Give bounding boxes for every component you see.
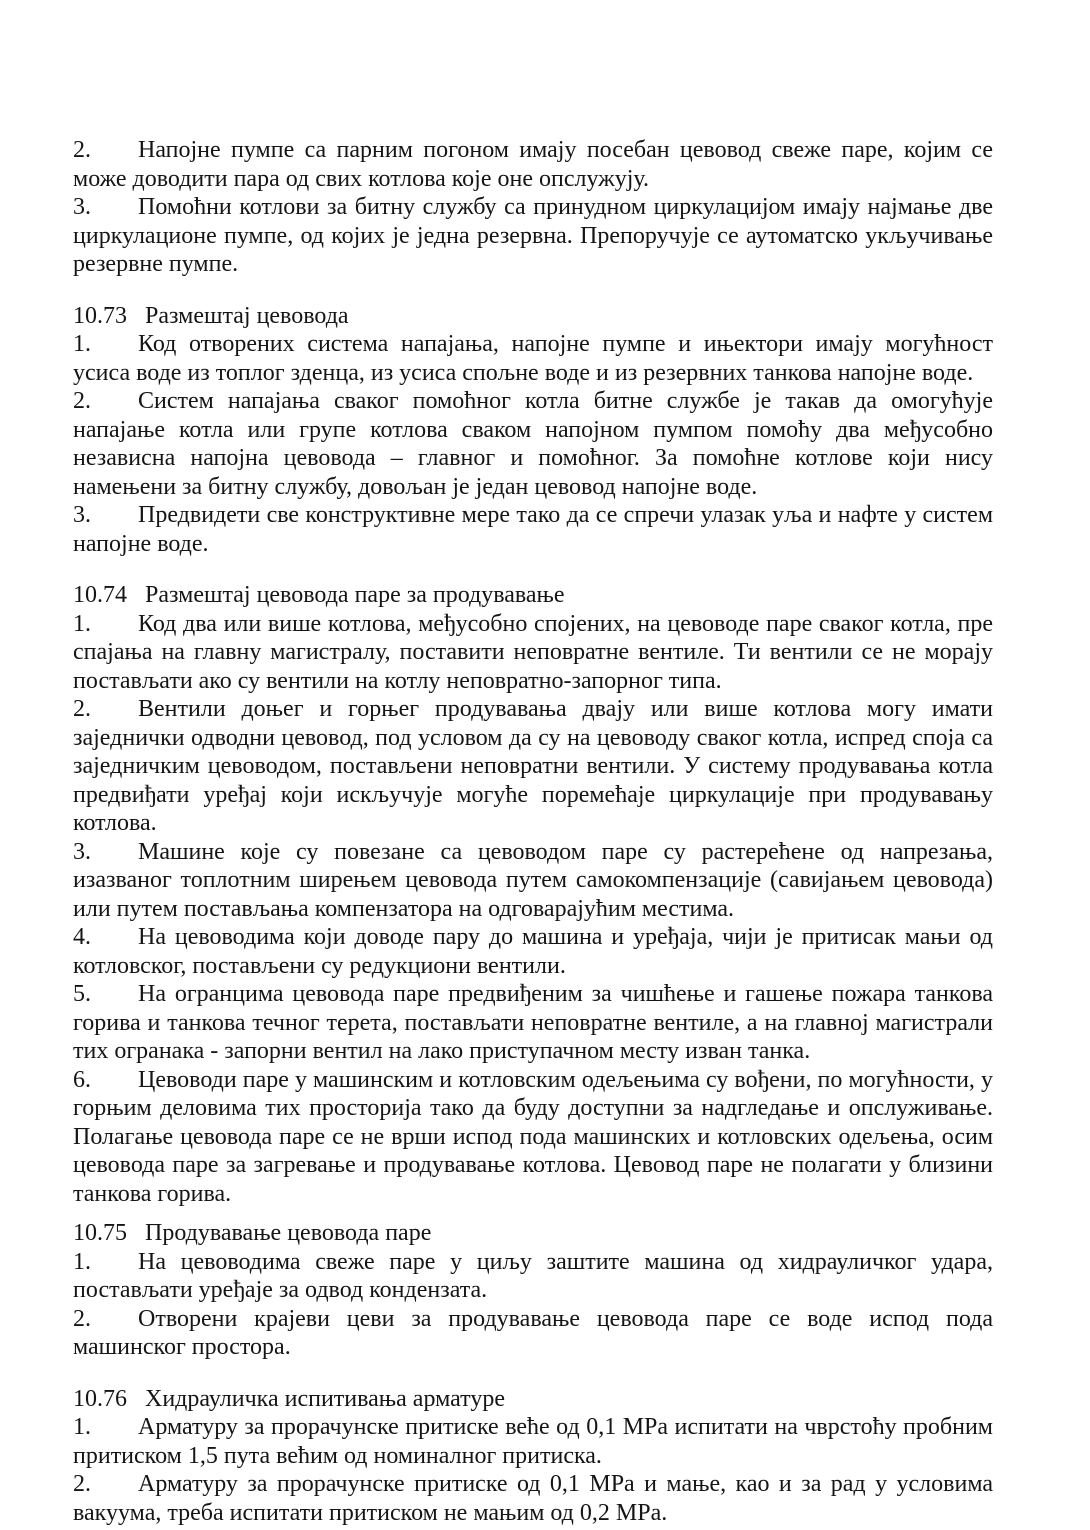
paragraph: 2.Арматуру за прорачунске притиске од 0,… xyxy=(73,1470,993,1527)
item-text: Вентили доњег и горњег продувавања двају… xyxy=(73,696,993,836)
section-10-75: 10.75Продувавање цевовода паре 1.На цево… xyxy=(73,1219,993,1362)
item-number: 1. xyxy=(73,1248,138,1277)
item-text: Код отворених система напајања, напојне … xyxy=(73,331,993,386)
item-number: 1. xyxy=(73,330,138,359)
section-10-74: 10.74Размештај цевовода паре за продував… xyxy=(73,581,993,1208)
section-number: 10.74 xyxy=(73,581,145,610)
item-text: Арматуру за прорачунске притиске од 0,1 … xyxy=(73,1471,993,1526)
paragraph: 5.На огранцима цевовода паре предвиђеним… xyxy=(73,980,993,1066)
item-text: Напојне пумпе са парним погоном имају по… xyxy=(73,137,993,192)
item-number: 2. xyxy=(73,136,138,165)
section-10-76: 10.76Хидрауличка испитивања арматуре 1.А… xyxy=(73,1385,993,1528)
item-text: Код два или више котлова, међусобно спој… xyxy=(73,611,993,694)
paragraph: 3.Помоћни котлови за битну службу са при… xyxy=(73,193,993,279)
item-number: 5. xyxy=(73,980,138,1009)
item-text: Помоћни котлови за битну службу са прину… xyxy=(73,194,993,277)
paragraph: 1.На цевоводима свеже паре у циљу заштит… xyxy=(73,1248,993,1305)
paragraph: 3.Предвидети све конструктивне мере тако… xyxy=(73,501,993,558)
section-number: 10.76 xyxy=(73,1385,145,1414)
paragraph: 4.На цевоводима који доводе пару до маши… xyxy=(73,923,993,980)
item-text: Систем напајања сваког помоћног котла би… xyxy=(73,388,993,500)
section-heading: 10.75Продувавање цевовода паре xyxy=(73,1219,993,1248)
section-title: Хидрауличка испитивања арматуре xyxy=(145,1386,505,1412)
item-text: Цевоводи паре у машинским и котловским о… xyxy=(73,1067,993,1207)
item-text: Предвидети све конструктивне мере тако д… xyxy=(73,502,993,557)
item-text: Машине које су повезане са цевоводом пар… xyxy=(73,839,993,922)
paragraph: 2.Систем напајања сваког помоћног котла … xyxy=(73,387,993,501)
item-text: Арматуру за прорачунске притиске веће од… xyxy=(73,1414,993,1469)
item-number: 4. xyxy=(73,923,138,952)
section-heading: 10.74Размештај цевовода паре за продував… xyxy=(73,581,993,610)
paragraph: 3.Машине које су повезане са цевоводом п… xyxy=(73,838,993,924)
paragraph: 1.Код отворених система напајања, напојн… xyxy=(73,330,993,387)
item-number: 1. xyxy=(73,1413,138,1442)
section-10-73: 10.73Размештај цевовода 1.Код отворених … xyxy=(73,302,993,559)
item-text: Отворени крајеви цеви за продувавање цев… xyxy=(73,1306,993,1361)
paragraph: 1.Код два или више котлова, међусобно сп… xyxy=(73,610,993,696)
item-number: 2. xyxy=(73,695,138,724)
section-heading: 10.76Хидрауличка испитивања арматуре xyxy=(73,1385,993,1414)
paragraph: 2.Отворени крајеви цеви за продувавање ц… xyxy=(73,1305,993,1362)
item-number: 2. xyxy=(73,1305,138,1334)
section-title: Размештај цевовода паре за продувавање xyxy=(145,582,565,608)
paragraph: 1.Арматуру за прорачунске притиске веће … xyxy=(73,1413,993,1470)
section-title: Размештај цевовода xyxy=(145,303,349,329)
item-number: 6. xyxy=(73,1066,138,1095)
item-number: 3. xyxy=(73,838,138,867)
section-heading: 10.73Размештај цевовода xyxy=(73,302,993,331)
section-number: 10.73 xyxy=(73,302,145,331)
paragraph: 2.Вентили доњег и горњег продувавања два… xyxy=(73,695,993,838)
section-title: Продувавање цевовода паре xyxy=(145,1220,431,1246)
section-number: 10.75 xyxy=(73,1219,145,1248)
item-text: На огранцима цевовода паре предвиђеним з… xyxy=(73,981,993,1064)
item-number: 2. xyxy=(73,1470,138,1499)
item-number: 1. xyxy=(73,610,138,639)
document-page: 2.Напојне пумпе са парним погоном имају … xyxy=(0,0,1090,1530)
paragraph: 6.Цевоводи паре у машинским и котловским… xyxy=(73,1066,993,1209)
item-text: На цевоводима свеже паре у циљу заштите … xyxy=(73,1249,993,1304)
item-number: 3. xyxy=(73,193,138,222)
item-number: 3. xyxy=(73,501,138,530)
item-number: 2. xyxy=(73,387,138,416)
paragraph: 2.Напојне пумпе са парним погоном имају … xyxy=(73,136,993,193)
item-text: На цевоводима који доводе пару до машина… xyxy=(73,924,993,979)
